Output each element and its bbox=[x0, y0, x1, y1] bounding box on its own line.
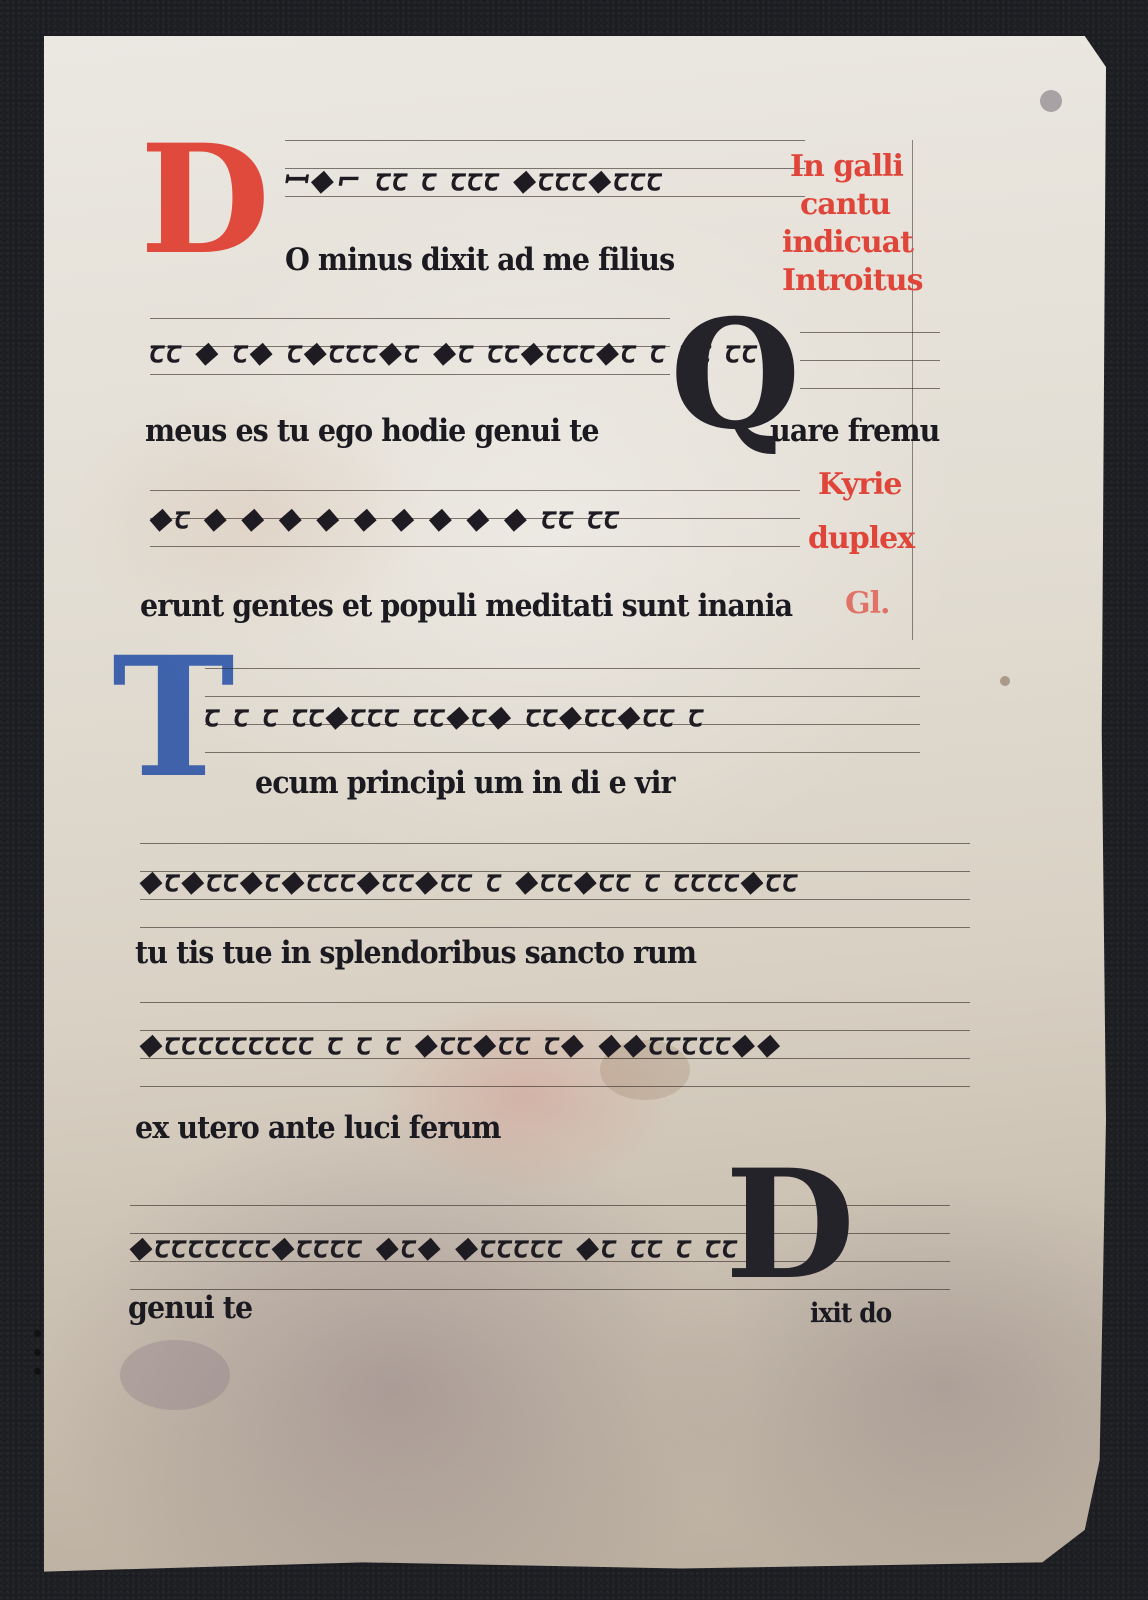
rubric-in-galli: In galli bbox=[790, 148, 903, 186]
staff-2b bbox=[800, 318, 940, 398]
staff-2: ꞇꞇ ◆ ꞇ◆ ꞇ◆ꞇꞇꞇ◆ꞇ ◆ꞇ ꞇꞇ◆ꞇꞇꞇ◆ꞇ ꞇ ꞇꞇ ꞇꞇ bbox=[150, 318, 670, 398]
rubric-indicuat: indicuat bbox=[782, 224, 913, 262]
lyric-line-4: ecum principi um in di e vir bbox=[255, 765, 675, 801]
neumes: ◆ꞇꞇꞇꞇꞇꞇꞇꞇꞇ ꞇ ꞇ ꞇ ◆ꞇꞇ◆ꞇꞇ ꞇ◆ ◆◆ꞇꞇꞇꞇꞇ◆◆ bbox=[137, 1022, 785, 1063]
red-initial-d: D bbox=[140, 125, 270, 275]
staff-4: ꞇ ꞇ ꞇ ꞇꞇ◆ꞇꞇꞇ ꞇꞇ◆ꞇ◆ ꞇꞇ◆ꞇꞇ◆ꞇꞇ ꞇ bbox=[205, 668, 920, 758]
neumes: ꟷ◆⌐ ꞇꞇ ꞇ ꞇꞇꞇ ◆ꞇꞇꞇ◆ꞇꞇꞇ bbox=[282, 158, 667, 199]
binding-holes bbox=[34, 1330, 41, 1387]
staff-6: ◆ꞇꞇꞇꞇꞇꞇꞇꞇꞇ ꞇ ꞇ ꞇ ◆ꞇꞇ◆ꞇꞇ ꞇ◆ ◆◆ꞇꞇꞇꞇꞇ◆◆ bbox=[140, 1002, 970, 1092]
neumes: ꞇ ꞇ ꞇ ꞇꞇ◆ꞇꞇꞇ ꞇꞇ◆ꞇ◆ ꞇꞇ◆ꞇꞇ◆ꞇꞇ ꞇ bbox=[202, 694, 708, 735]
rubric-introitus: Introitus bbox=[782, 262, 922, 300]
lyric-line-6: ex utero ante luci ferum bbox=[135, 1110, 501, 1146]
staff-1: ꟷ◆⌐ ꞇꞇ ꞇ ꞇꞇꞇ ◆ꞇꞇꞇ◆ꞇꞇꞇ bbox=[285, 140, 805, 220]
lyric-line-7b: ixit do bbox=[810, 1298, 891, 1329]
staff-5: ◆ꞇ◆ꞇꞇ◆ꞇ◆ꞇꞇꞇ◆ꞇꞇ◆ꞇꞇ ꞇ ◆ꞇꞇ◆ꞇꞇ ꞇ ꞇꞇꞇꞇ◆ꞇꞇ bbox=[140, 843, 970, 923]
rubric-duplex: duplex bbox=[808, 520, 914, 558]
lyric-line-7: genui te bbox=[128, 1290, 252, 1326]
lyric-line-3: erunt gentes et populi meditati sunt ina… bbox=[140, 588, 792, 624]
neumes: ◆ꞇ◆ꞇꞇ◆ꞇ◆ꞇꞇꞇ◆ꞇꞇ◆ꞇꞇ ꞇ ◆ꞇꞇ◆ꞇꞇ ꞇ ꞇꞇꞇꞇ◆ꞇꞇ bbox=[137, 859, 802, 900]
rubric-gloria: Gl. bbox=[845, 585, 889, 623]
stain bbox=[120, 1340, 230, 1410]
lyric-line-1: O minus dixit ad me filius bbox=[285, 242, 674, 278]
stain bbox=[1040, 90, 1062, 112]
lyric-line-2: meus es tu ego hodie genui te bbox=[145, 413, 599, 449]
rubric-cantu: cantu bbox=[800, 186, 890, 224]
lyric-line-2b: uare fremu bbox=[770, 413, 939, 449]
staff-3: ◆ꞇ ◆ ◆ ◆ ◆ ◆ ◆ ◆ ◆ ◆ ꞇꞇ ꞇꞇ bbox=[150, 480, 800, 560]
rubric-kyrie: Kyrie bbox=[818, 466, 901, 504]
black-initial-d: D bbox=[725, 1150, 855, 1300]
lyric-line-5: tu tis tue in splendoribus sancto rum bbox=[135, 935, 696, 971]
neumes: ◆ꞇꞇꞇꞇꞇꞇꞇ◆ꞇꞇꞇꞇ ◆ꞇ◆ ◆ꞇꞇꞇꞇꞇ ◆ꞇ ꞇꞇ ꞇ ꞇꞇ bbox=[127, 1225, 742, 1266]
neumes: ◆ꞇ ◆ ◆ ◆ ◆ ◆ ◆ ◆ ◆ ◆ ꞇꞇ ꞇꞇ bbox=[147, 496, 624, 537]
stain bbox=[1000, 676, 1010, 686]
